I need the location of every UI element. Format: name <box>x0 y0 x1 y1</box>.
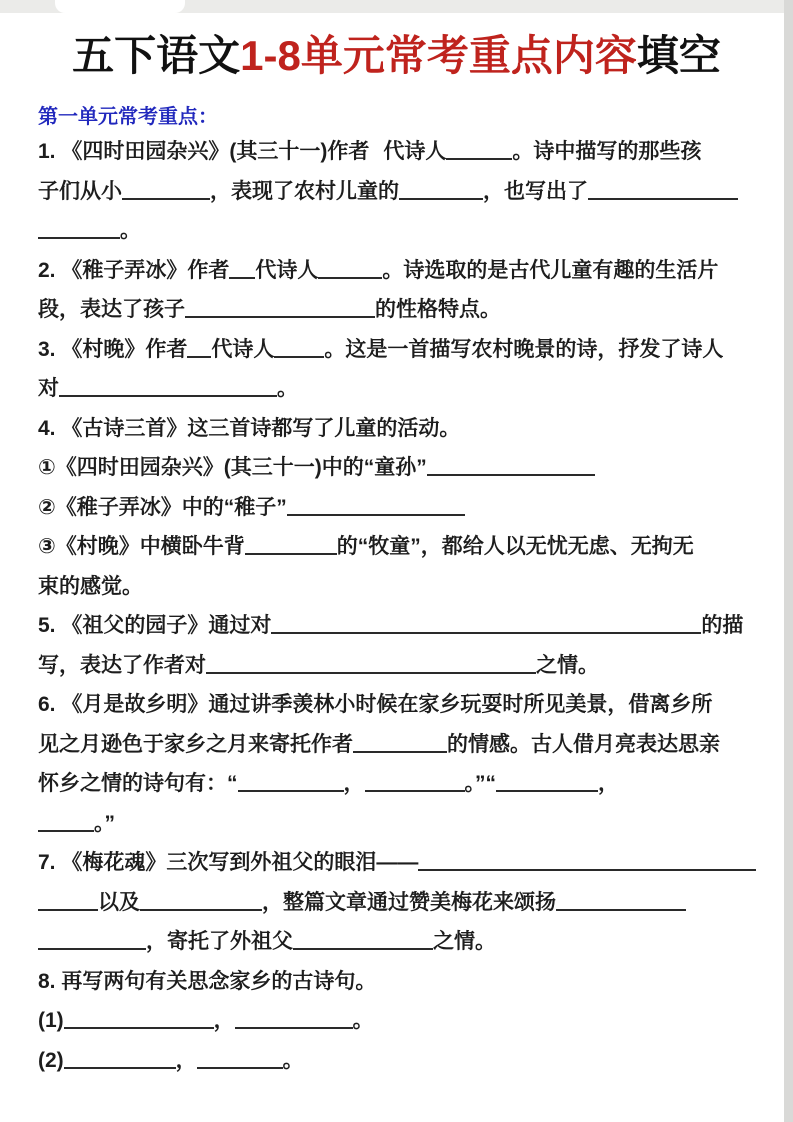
document-line: 8. 再写两句有关思念家乡的古诗句。 <box>38 962 759 1002</box>
line-text: 见之月逊色于家乡之月来寄托作者 <box>38 733 353 756</box>
page-title: 五下语文1-8单元常考重点内容填空 <box>10 30 783 82</box>
document-line: 对。 <box>38 369 759 409</box>
fill-in-blank <box>185 312 375 318</box>
fill-in-blank <box>287 510 465 516</box>
fill-in-blank <box>245 549 337 555</box>
document-line: 子们从小，表现了农村儿童的，也写出了 <box>38 172 759 212</box>
line-text: 对 <box>38 377 59 400</box>
title-highlight: 1-8单元常考重点内容 <box>240 32 637 79</box>
line-text: 代诗人 <box>211 338 274 361</box>
document-line: ，寄托了外祖父之情。 <box>38 922 759 962</box>
line-text: 。诗中描写的那些孩 <box>512 140 701 163</box>
document-line: 5. 《祖父的园子》通过对的描 <box>38 606 759 646</box>
fill-in-blank <box>38 233 120 239</box>
document-line: 1. 《四时田园杂兴》(其三十一)作者代诗人。诗中描写的那些孩 <box>38 132 759 172</box>
line-text: 2. 《稚子弄冰》作者 <box>38 259 229 282</box>
fill-in-blank <box>64 1023 214 1029</box>
document-line: 束的感觉。 <box>38 567 759 607</box>
document-line: 怀乡之情的诗句有：“，。”“， <box>38 764 759 804</box>
fill-in-blank <box>38 826 94 832</box>
document-line: ①《四时田园杂兴》(其三十一)中的“童孙” <box>38 448 759 488</box>
fill-in-blank <box>353 747 447 753</box>
fill-in-blank <box>38 905 98 911</box>
document-line: 写，表达了作者对之情。 <box>38 646 759 686</box>
fill-in-blank <box>496 786 598 792</box>
top-bar <box>0 0 793 13</box>
line-text: 的情感。古人借月亮表达思亲 <box>447 733 720 756</box>
line-text: ，表现了农村儿童的 <box>210 180 399 203</box>
line-text: ， <box>598 772 619 795</box>
line-text: 代诗人 <box>383 140 446 163</box>
document-line: 段，表达了孩子的性格特点。 <box>38 290 759 330</box>
line-text: 。 <box>277 377 298 400</box>
fill-in-blank <box>238 786 344 792</box>
fill-in-blank <box>427 470 595 476</box>
document-line: 2. 《稚子弄冰》作者代诗人。诗选取的是古代儿童有趣的生活片 <box>38 251 759 291</box>
title-prefix: 五下语文 <box>72 32 240 79</box>
line-text: 以及 <box>98 891 140 914</box>
line-text: 束的感觉。 <box>38 575 143 598</box>
line-text: ， <box>176 1049 197 1072</box>
line-text: ③《村晚》中横卧牛背 <box>38 535 245 558</box>
document-line: 7. 《梅花魂》三次写到外祖父的眼泪—— <box>38 843 759 883</box>
document-line: 6. 《月是故乡明》通过讲季羡林小时候在家乡玩耍时所见美景，借离乡所 <box>38 685 759 725</box>
fill-in-blank <box>293 944 433 950</box>
document-line: ②《稚子弄冰》中的“稚子” <box>38 488 759 528</box>
card-corner <box>55 0 185 13</box>
line-text: (1) <box>38 1009 64 1032</box>
line-text: 。 <box>283 1049 304 1072</box>
worksheet-body: 1. 《四时田园杂兴》(其三十一)作者代诗人。诗中描写的那些孩子们从小，表现了农… <box>38 132 759 1080</box>
fill-in-blank <box>365 786 465 792</box>
line-text: 段，表达了孩子 <box>38 298 185 321</box>
text-gap <box>369 156 383 158</box>
line-text: 5. 《祖父的园子》通过对 <box>38 614 271 637</box>
document-line: (2)，。 <box>38 1041 759 1081</box>
line-text: 的“牧童”，都给人以无忧无虑、无拘无 <box>337 535 694 558</box>
line-text: 3. 《村晚》作者 <box>38 338 187 361</box>
line-text: (2) <box>38 1049 64 1072</box>
line-text: 的描 <box>701 614 743 637</box>
fill-in-blank <box>556 905 686 911</box>
line-text: 4. 《古诗三首》这三首诗都写了儿童的活动。 <box>38 417 460 440</box>
fill-in-blank <box>318 273 382 279</box>
fill-in-blank <box>197 1063 283 1069</box>
line-text: 8. 再写两句有关思念家乡的古诗句。 <box>38 970 376 993</box>
line-text: ，整篇文章通过赞美梅花来颂扬 <box>262 891 556 914</box>
fill-in-blank <box>399 194 483 200</box>
document-line: 4. 《古诗三首》这三首诗都写了儿童的活动。 <box>38 409 759 449</box>
line-text: 6. 《月是故乡明》通过讲季羡林小时候在家乡玩耍时所见美景，借离乡所 <box>38 693 712 716</box>
document-line: 见之月逊色于家乡之月来寄托作者的情感。古人借月亮表达思亲 <box>38 725 759 765</box>
line-text: ，也写出了 <box>483 180 588 203</box>
line-text: 1. 《四时田园杂兴》(其三十一)作者 <box>38 140 369 163</box>
fill-in-blank <box>187 352 211 358</box>
fill-in-blank <box>446 154 512 160</box>
line-text: ②《稚子弄冰》中的“稚子” <box>38 496 287 519</box>
line-text: 的性格特点。 <box>375 298 501 321</box>
fill-in-blank <box>38 944 146 950</box>
fill-in-blank <box>59 391 277 397</box>
fill-in-blank <box>122 194 210 200</box>
line-text: 子们从小 <box>38 180 122 203</box>
line-text: 。 <box>353 1009 374 1032</box>
document-line: 。 <box>38 211 759 251</box>
document-line: (1)，。 <box>38 1001 759 1041</box>
line-text: 。”“ <box>465 772 497 795</box>
line-text: 7. 《梅花魂》三次写到外祖父的眼泪—— <box>38 851 418 874</box>
fill-in-blank <box>235 1023 353 1029</box>
fill-in-blank <box>588 194 738 200</box>
line-text: ①《四时田园杂兴》(其三十一)中的“童孙” <box>38 456 427 479</box>
line-text: ， <box>214 1009 235 1032</box>
line-text: 。这是一首描写农村晚景的诗，抒发了诗人 <box>324 338 723 361</box>
fill-in-blank <box>418 865 756 871</box>
line-text: 之情。 <box>536 654 599 677</box>
document-line: 以及，整篇文章通过赞美梅花来颂扬 <box>38 883 759 923</box>
fill-in-blank <box>271 628 701 634</box>
line-text: 。” <box>94 812 115 835</box>
document-line: 。” <box>38 804 759 844</box>
title-suffix: 填空 <box>637 32 721 79</box>
document-line: 3. 《村晚》作者代诗人。这是一首描写农村晚景的诗，抒发了诗人 <box>38 330 759 370</box>
line-text: 之情。 <box>433 930 496 953</box>
fill-in-blank <box>64 1063 176 1069</box>
line-text: 怀乡之情的诗句有：“ <box>38 772 238 795</box>
fill-in-blank <box>140 905 262 911</box>
line-text: 写，表达了作者对 <box>38 654 206 677</box>
section-heading: 第一单元常考重点： <box>38 104 793 130</box>
fill-in-blank <box>229 273 255 279</box>
fill-in-blank <box>274 352 324 358</box>
line-text: 。诗选取的是古代儿童有趣的生活片 <box>382 259 718 282</box>
right-edge-shadow <box>784 0 793 1122</box>
line-text: ，寄托了外祖父 <box>146 930 293 953</box>
document-line: ③《村晚》中横卧牛背的“牧童”，都给人以无忧无虑、无拘无 <box>38 527 759 567</box>
line-text: ， <box>344 772 365 795</box>
line-text: 。 <box>120 219 141 242</box>
line-text: 代诗人 <box>255 259 318 282</box>
fill-in-blank <box>206 668 536 674</box>
